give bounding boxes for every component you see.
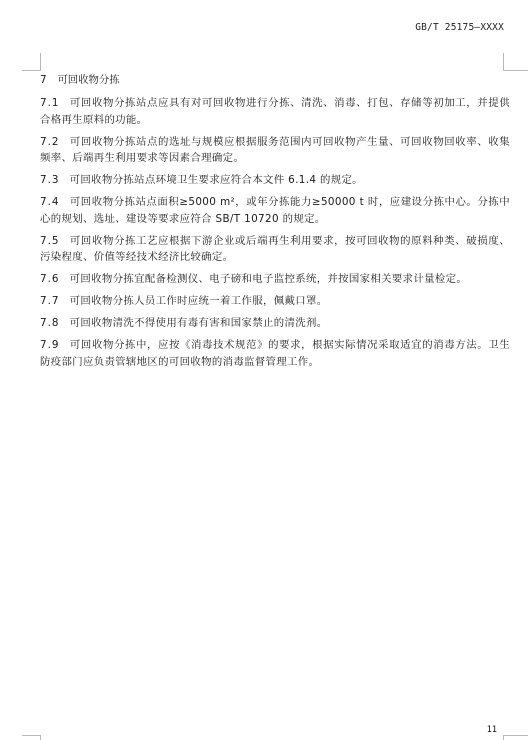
clause-number: 7.6 bbox=[40, 271, 66, 288]
clause-number: 7.2 bbox=[40, 134, 66, 151]
clause-text: 可回收物分拣站点应具有对可回收物进行分拣、清洗、消毒、打包、存储等初加工，并提供… bbox=[40, 97, 510, 126]
document-body: 7 可回收物分拣 7.1 可回收物分拣站点应具有对可回收物进行分拣、清洗、消毒、… bbox=[40, 72, 510, 376]
clause-text: 可回收物清洗不得使用有毒有害和国家禁止的清洗剂。 bbox=[70, 317, 328, 329]
clause-number: 7.9 bbox=[40, 337, 66, 354]
clause-text: 可回收物分拣工艺应根据下游企业或后端再生利用要求，按可回收物的原料种类、破损度、… bbox=[40, 235, 510, 264]
clause-text: 可回收物分拣人员工作时应统一着工作服，佩戴口罩。 bbox=[70, 295, 328, 307]
clause-7-8: 7.8 可回收物清洗不得使用有毒有害和国家禁止的清洗剂。 bbox=[40, 315, 510, 332]
clause-text: 可回收物分拣站点的选址与规模应根据服务范围内可回收物产生量、可回收物回收率、收集… bbox=[40, 136, 510, 165]
document-page: GB/T 25175—XXXX 7 可回收物分拣 7.1 可回收物分拣站点应具有… bbox=[0, 0, 528, 740]
clause-7-7: 7.7 可回收物分拣人员工作时应统一着工作服，佩戴口罩。 bbox=[40, 293, 510, 310]
clause-7-6: 7.6 可回收物分拣宜配备检测仪、电子磅和电子监控系统，并按国家相关要求计量检定… bbox=[40, 271, 510, 288]
section-number: 7 bbox=[40, 72, 54, 89]
crop-mark-bottom-left bbox=[22, 735, 41, 740]
clause-7-4: 7.4 可回收物分拣站点面积≥5000 m²，或年分拣能力≥50000 t 时，… bbox=[40, 194, 510, 227]
clause-text: 可回收物分拣站点环境卫生要求应符合本文件 6.1.4 的规定。 bbox=[70, 174, 363, 186]
standard-code-header: GB/T 25175—XXXX bbox=[415, 22, 504, 33]
clause-7-2: 7.2 可回收物分拣站点的选址与规模应根据服务范围内可回收物产生量、可回收物回收… bbox=[40, 134, 510, 167]
clause-number: 7.5 bbox=[40, 233, 66, 250]
crop-mark-top-left bbox=[22, 53, 41, 71]
page-number: 11 bbox=[487, 725, 497, 735]
clause-7-1: 7.1 可回收物分拣站点应具有对可回收物进行分拣、清洗、消毒、打包、存储等初加工… bbox=[40, 95, 510, 128]
clause-text: 可回收物分拣宜配备检测仪、电子磅和电子监控系统，并按国家相关要求计量检定。 bbox=[70, 273, 467, 285]
clause-7-3: 7.3 可回收物分拣站点环境卫生要求应符合本文件 6.1.4 的规定。 bbox=[40, 172, 510, 189]
section-heading: 7 可回收物分拣 bbox=[40, 72, 510, 88]
section-title: 可回收物分拣 bbox=[57, 74, 119, 86]
clause-text: 可回收物分拣中，应按《消毒技术规范》的要求，根据实际情况采取适宜的消毒方法。卫生… bbox=[40, 339, 510, 368]
clause-number: 7.4 bbox=[40, 194, 66, 211]
clause-number: 7.3 bbox=[40, 172, 66, 189]
clause-7-9: 7.9 可回收物分拣中，应按《消毒技术规范》的要求，根据实际情况采取适宜的消毒方… bbox=[40, 337, 510, 370]
clause-text: 可回收物分拣站点面积≥5000 m²，或年分拣能力≥50000 t 时，应建设分… bbox=[40, 196, 510, 225]
crop-mark-bottom-right bbox=[503, 735, 528, 740]
clause-number: 7.7 bbox=[40, 293, 66, 310]
clause-7-5: 7.5 可回收物分拣工艺应根据下游企业或后端再生利用要求，按可回收物的原料种类、… bbox=[40, 233, 510, 266]
clause-number: 7.1 bbox=[40, 95, 66, 112]
crop-mark-top-right bbox=[503, 53, 528, 71]
clause-number: 7.8 bbox=[40, 315, 66, 332]
